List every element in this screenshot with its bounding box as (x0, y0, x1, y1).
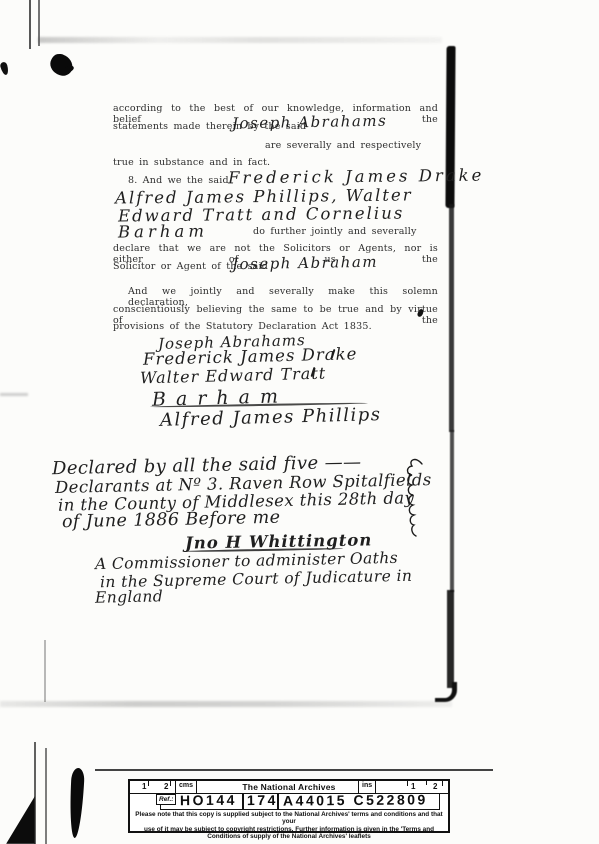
in-scale-1: 1 (411, 782, 415, 791)
disclaimer-line-2: use of it may be subject to copyright re… (130, 826, 448, 833)
fold-line-bottom-2 (45, 748, 47, 844)
disclaimer-line-3: Conditions of supply of the National Arc… (130, 833, 448, 840)
bottom-teardrop-blot (68, 768, 85, 839)
handwritten-name-abrahams-1: Joseph Abrahams (232, 112, 388, 133)
ref-divider-1 (242, 793, 244, 810)
strip-title: The National Archives (130, 782, 448, 792)
handwritten-name-drake: Frederick James Drake (228, 166, 485, 188)
scan-edge-bar-3 (450, 430, 454, 592)
fold-line-bottom-faint (44, 640, 46, 702)
national-archives-strip: 1 2 cms The National Archives ins 1 2 Re… (128, 779, 450, 833)
scanned-document-page: according to the best of our knowledge, … (0, 0, 599, 844)
top-edge-smudge (38, 37, 442, 43)
jurat-brace-squiggle (402, 458, 428, 540)
scan-edge-bar-2 (449, 204, 454, 432)
printed-line-3: are severally and respectively (265, 140, 421, 151)
fold-line-top-1 (29, 0, 31, 49)
ref-label-box: Ref.: (156, 794, 176, 805)
scan-edge-bar-4 (447, 590, 454, 688)
handwritten-name-barham: Barham (118, 222, 208, 242)
printed-clause8-prefix: 8. And we the said (128, 175, 229, 186)
printed-clause8-suffix: do further jointly and severally (253, 226, 417, 237)
printed-final-para-3: provisions of the Statutory Declaration … (113, 321, 372, 332)
ref-handwritten-piece-2: 174 (247, 792, 278, 808)
in-tick-mid (426, 781, 427, 785)
reference-row: Ref.: HO144 174 A44015 C522809 (130, 793, 448, 811)
scan-edge-corner-hook (435, 682, 457, 702)
commissioner-title-3: England (95, 587, 163, 606)
signature-tratt: Walter Edward Tratt (140, 364, 327, 388)
ins-label: ins (362, 782, 372, 789)
strip-top-rule (95, 769, 493, 771)
disclaimer-line-1: Please note that this copy is supplied s… (130, 811, 448, 826)
left-edge-mark (0, 61, 10, 75)
bottom-edge-smudge (0, 701, 452, 707)
in-scale-2: 2 (433, 782, 437, 791)
handwritten-name-abrahams-2: Joseph Abraham (232, 253, 378, 274)
printed-line-4: true in substance and in fact. (113, 157, 270, 168)
left-edge-dash (0, 393, 28, 396)
ref-handwritten-piece-3: A44015 C522809 (283, 791, 428, 808)
in-tick-1 (407, 781, 408, 786)
signature-phillips: Alfred James Phillips (160, 404, 382, 431)
bottom-left-wedge (6, 796, 35, 844)
disclaimer-text: Please note that this copy is supplied s… (130, 811, 448, 841)
in-tick-2 (442, 781, 443, 786)
jurat-line-4: of June 1886 Before me (62, 508, 281, 533)
ref-handwritten-piece-1: HO144 (180, 792, 237, 808)
ref-label: Ref.: (159, 796, 173, 803)
